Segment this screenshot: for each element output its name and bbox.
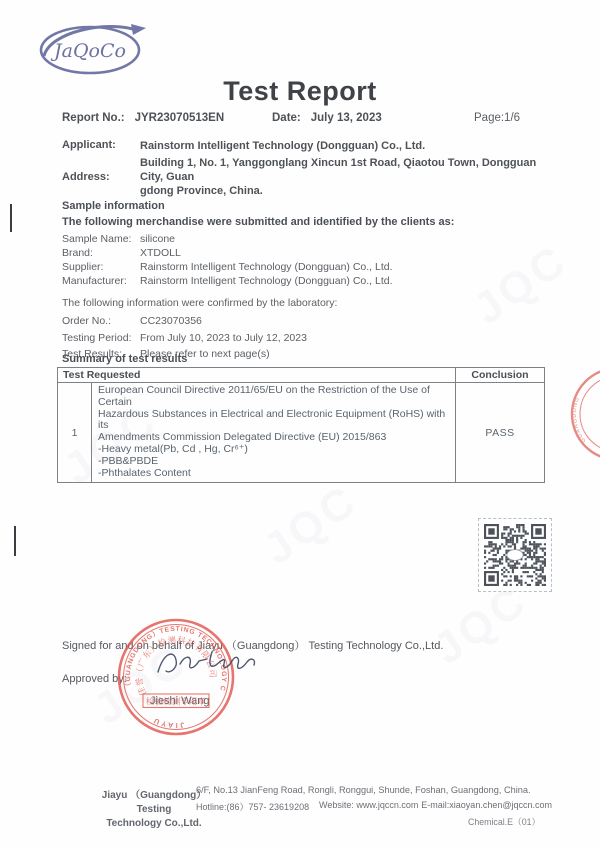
logo-swoosh-arrow [131,24,146,35]
test-requested-cell: European Council Directive 2011/65/EU on… [92,383,455,482]
order-no-row: Order No.: CC23070356 [62,313,307,330]
testing-period-label: Testing Period: [62,330,140,347]
stamp-banner-text: 检验检测专用章 [146,696,207,707]
supplier-label: Supplier: [62,260,140,274]
summary-heading: Summary of test results [62,353,187,365]
watermark: JQC [255,475,368,575]
footer-address: 6/F, No.13 JianFeng Road, Rongli, Ronggu… [196,785,531,795]
lab-info-intro: The following information were confirmed… [62,297,337,309]
address-value: Building 1, No. 1, Yanggonglang Xincun 1… [140,156,540,198]
brand-row: Brand: XTDOLL [62,246,393,260]
report-date: Date:July 13, 2023 [272,112,382,124]
testing-period-row: Testing Period: From July 10, 2023 to Ju… [62,330,307,347]
summary-table: Test Requested Conclusion 1 European Cou… [57,367,545,483]
sample-name-value: silicone [140,232,175,246]
handwritten-signature [152,642,272,688]
order-no-label: Order No.: [62,313,140,330]
report-number-value: JYR23070513EN [135,112,225,124]
brand-label: Brand: [62,246,140,260]
qr-code-svg [484,524,546,586]
report-date-label: Date: [272,112,301,124]
footer-doc-code: Chemical.E（01） [468,815,540,828]
conclusion-cell: PASS [455,383,544,482]
page-title: Test Report [0,76,600,107]
logo-text: JaQoCo [50,40,126,62]
address-label: Address: [62,171,140,183]
edge-stamp-text: GUANGDONG [572,396,587,444]
svg-text:JIAYU: JIAYU [150,715,184,730]
scan-registration-mark [10,204,12,232]
scan-registration-mark [14,526,16,556]
svg-text:GUANGDONG: GUANGDONG [572,396,587,444]
edge-stamp: GUANGDONG [552,362,600,462]
report-number: Report No.:JYR23070513EN [62,112,224,124]
footer-contacts: Hotline:(86）757- 23619208 Website: www.j… [196,800,552,813]
report-date-value: July 13, 2023 [311,112,382,124]
sample-info-rows: Sample Name: silicone Brand: XTDOLL Supp… [62,232,393,288]
manufacturer-value: Rainstorm Intelligent Technology (Donggu… [140,274,393,288]
applicant-value: Rainstorm Intelligent Technology (Donggu… [140,139,540,153]
brand-value: XTDOLL [140,246,181,260]
summary-table-header: Test Requested Conclusion [58,368,544,383]
row-number: 1 [58,383,92,482]
page-indicator: Page:1/6 [474,112,520,124]
applicant-label: Applicant: [62,139,140,153]
table-row: 1 European Council Directive 2011/65/EU … [58,383,544,482]
footer-website[interactable]: Website: www.jqccn.com [319,800,421,813]
order-no-value: CC23070356 [140,313,202,330]
sample-name-label: Sample Name: [62,232,140,246]
footer-email[interactable]: E-mail:xiaoyan.chen@jqccn.com [421,800,552,813]
manufacturer-row: Manufacturer: Rainstorm Intelligent Tech… [62,274,393,288]
manufacturer-label: Manufacturer: [62,274,140,288]
testing-period-value: From July 10, 2023 to July 12, 2023 [140,330,307,347]
sample-info-heading: Sample information [62,200,165,212]
watermark: JQC [465,235,578,335]
footer-hotline: Hotline:(86）757- 23619208 [196,800,319,813]
jaqoco-logo: JaQoCo [36,18,148,76]
sample-info-intro: The following merchandise were submitted… [62,216,454,228]
col-conclusion: Conclusion [455,368,544,382]
footer-company-line2: Technology Co.,Ltd. [85,817,223,831]
applicant-row: Applicant: Rainstorm Intelligent Technol… [62,139,540,153]
qr-code [478,518,552,592]
address-row: Address: Building 1, No. 1, Yanggonglang… [62,156,540,198]
stamp-ring-bottom-text: JIAYU [150,715,184,730]
sample-name-row: Sample Name: silicone [62,232,393,246]
supplier-row: Supplier: Rainstorm Intelligent Technolo… [62,260,393,274]
col-test-requested: Test Requested [58,369,455,381]
report-number-label: Report No.: [62,112,125,124]
supplier-value: Rainstorm Intelligent Technology (Donggu… [140,260,393,274]
